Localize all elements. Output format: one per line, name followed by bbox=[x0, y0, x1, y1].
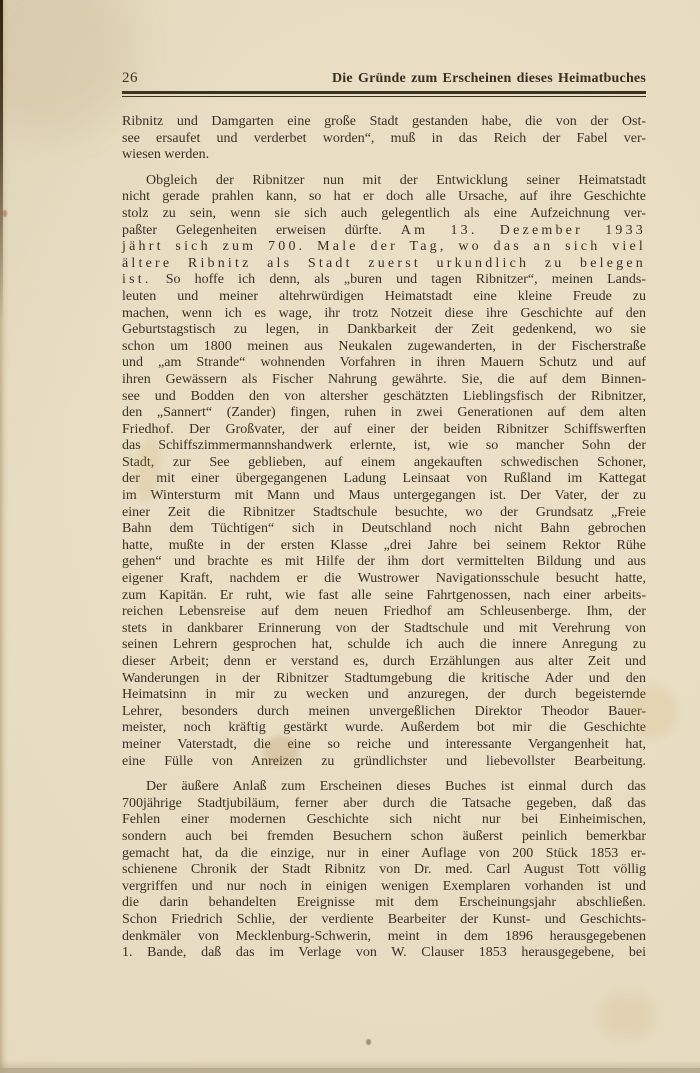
paragraph: Ribnitz und Damgarten eine große Stadt g… bbox=[122, 114, 646, 164]
text-segment: nicht gerade prahlen kann, so hat er doc… bbox=[122, 189, 646, 204]
text-line: schienene Chronik der Stadt Ribnitz von … bbox=[122, 862, 646, 879]
text-line: ist. So hoffe ich denn, als „buren und t… bbox=[122, 272, 646, 289]
text-line: dieser Arbeit; denn er verstand es, durc… bbox=[122, 654, 646, 671]
text-segment: vergriffen und nur noch in einigen wenig… bbox=[122, 879, 646, 894]
text-segment: ihren Gewässern als Fischer Nahrung gewä… bbox=[122, 372, 646, 387]
text-segment: Stadt, zur See geblieben, auf einem ange… bbox=[122, 455, 646, 470]
text-line: stets in dankbarer Erinnerung von der St… bbox=[122, 621, 646, 638]
text-line: das Schiffszimmermannshandwerk erlernte,… bbox=[122, 438, 646, 455]
paragraph: Der äußere Anlaß zum Erscheinen dieses B… bbox=[122, 779, 646, 962]
text-segment: im Wintersturm mit Mann und Maus unterge… bbox=[122, 488, 646, 503]
text-line: seinen Lehrern gesprochen hat, schulde i… bbox=[122, 637, 646, 654]
text-line: Ribnitz und Damgarten eine große Stadt g… bbox=[122, 114, 646, 131]
text-segment: stets in dankbarer Erinnerung von der St… bbox=[122, 621, 646, 636]
text-line: gehen“ und brachte es mit Hilfe der ihm … bbox=[122, 554, 646, 571]
text-line: Stadt, zur See geblieben, auf einem ange… bbox=[122, 455, 646, 472]
text-line: Heimatsinn in mir zu wecken und anzurege… bbox=[122, 687, 646, 704]
text-segment: 700jährige Stadtjubiläum, ferner aber du… bbox=[122, 796, 646, 811]
corner-discoloration bbox=[0, 0, 136, 136]
text-line: meiner Vaterstadt, die eine so reiche un… bbox=[122, 737, 646, 754]
text-line: see ersaufet und verderbet worden“, muß … bbox=[122, 131, 646, 148]
letterspaced-text: ältere Ribnitz als Stadt zuerst urkundli… bbox=[122, 256, 646, 271]
text-line: reichen Lebensreise auf dem neuen Friedh… bbox=[122, 604, 646, 621]
text-segment: So hoffe ich denn, als „buren und tagen … bbox=[152, 272, 646, 287]
text-segment: eigener Kraft, nachdem er die Wustrower … bbox=[122, 571, 646, 586]
text-segment: Der äußere Anlaß zum Erscheinen dieses B… bbox=[146, 779, 646, 794]
letterspaced-text: jährt sich zum 700. Male der Tag, wo das… bbox=[122, 239, 646, 254]
text-segment: Schon Friedrich Schlie, der verdiente Be… bbox=[122, 912, 646, 927]
text-segment: Wanderungen in der Ribnitzer Stadtumgebu… bbox=[122, 671, 646, 686]
text-line: denkmäler von Mecklenburg-Schwerin, mein… bbox=[122, 929, 646, 946]
text-line: im Wintersturm mit Mann und Maus unterge… bbox=[122, 488, 646, 505]
text-line: see und Bodden den von altersher geschät… bbox=[122, 389, 646, 406]
text-segment: und „am Strande“ wohnenden Vorfahren in … bbox=[122, 355, 646, 370]
text-segment: stolz zu sein, wenn sie sich auch gelege… bbox=[122, 206, 646, 221]
text-line: Bahn dem Tüchtigen“ sich in Deutschland … bbox=[122, 521, 646, 538]
text-segment: die darin behandelten Ereignisse mit dem… bbox=[122, 895, 646, 910]
foxing-speck bbox=[366, 1039, 371, 1045]
text-line: Lehrer, besonders durch meinen unvergeßl… bbox=[122, 704, 646, 721]
running-title: Die Gründe zum Erscheinen dieses Heimatb… bbox=[332, 71, 646, 87]
text-line: schon um 1800 meinen aus Neukalen zugewa… bbox=[122, 339, 646, 356]
text-line: den „Sannert“ (Zander) fingen, ruhen in … bbox=[122, 405, 646, 422]
text-segment: schienene Chronik der Stadt Ribnitz von … bbox=[122, 862, 646, 877]
text-segment: gehen“ und brachte es mit Hilfe der ihm … bbox=[122, 554, 646, 569]
letterspaced-text: Am 13. Dezember 1933 bbox=[401, 223, 646, 238]
text-segment: see ersaufet und verderbet worden“, muß … bbox=[122, 131, 646, 146]
text-segment: see und Bodden den von altersher geschät… bbox=[122, 389, 646, 404]
header-rule bbox=[122, 91, 646, 97]
text-segment: paßter Gelegenheiten erweisen dürfte. bbox=[122, 223, 401, 238]
page-number: 26 bbox=[122, 70, 138, 87]
text-segment: dieser Arbeit; denn er verstand es, durc… bbox=[122, 654, 646, 669]
text-line: stolz zu sein, wenn sie sich auch gelege… bbox=[122, 206, 646, 223]
text-line: jährt sich zum 700. Male der Tag, wo das… bbox=[122, 239, 646, 256]
text-line: 1. Bande, daß das im Verlage von W. Clau… bbox=[122, 945, 646, 962]
text-line: Wanderungen in der Ribnitzer Stadtumgebu… bbox=[122, 671, 646, 688]
text-segment: Bahn dem Tüchtigen“ sich in Deutschland … bbox=[122, 521, 646, 536]
text-segment: meiner Vaterstadt, die eine so reiche un… bbox=[122, 737, 646, 752]
text-segment: Obgleich der Ribnitzer nun mit der Entwi… bbox=[146, 173, 646, 188]
text-segment: einer Zeit die Ribnitzer Stadtschule bes… bbox=[122, 505, 646, 520]
text-line: wiesen werden. bbox=[122, 147, 646, 164]
header-rule-thick bbox=[122, 91, 646, 94]
text-line: ältere Ribnitz als Stadt zuerst urkundli… bbox=[122, 256, 646, 273]
scanned-book-page: 26 Die Gründe zum Erscheinen dieses Heim… bbox=[0, 0, 700, 1073]
text-segment: seinen Lehrern gesprochen hat, schulde i… bbox=[122, 637, 646, 652]
text-line: einer Zeit die Ribnitzer Stadtschule bes… bbox=[122, 505, 646, 522]
page-bottom-edge bbox=[0, 1068, 700, 1073]
header-rule-thin bbox=[122, 96, 646, 97]
text-segment: das Schiffszimmermannshandwerk erlernte,… bbox=[122, 438, 646, 453]
text-segment: sondern auch bei fremden Besuchern schon… bbox=[122, 829, 646, 844]
text-line: leuten und meiner altehrwürdigen Heimats… bbox=[122, 289, 646, 306]
text-line: 700jährige Stadtjubiläum, ferner aber du… bbox=[122, 796, 646, 813]
text-segment: leuten und meiner altehrwürdigen Heimats… bbox=[122, 289, 646, 304]
text-segment: machen, wenn ich es wage, ihr trotz Notz… bbox=[122, 306, 646, 321]
text-segment: Friedhof. Der Großvater, der auf einer d… bbox=[122, 422, 646, 437]
text-segment: Heimatsinn in mir zu wecken und anzurege… bbox=[122, 687, 646, 702]
text-segment: reichen Lebensreise auf dem neuen Friedh… bbox=[122, 604, 646, 619]
text-line: meister, noch kräftig gestärkt wurde. Au… bbox=[122, 720, 646, 737]
text-line: Schon Friedrich Schlie, der verdiente Be… bbox=[122, 912, 646, 929]
text-line: zum Kapitän. Er ruht, wie fast alle sein… bbox=[122, 588, 646, 605]
text-line: paßter Gelegenheiten erweisen dürfte. Am… bbox=[122, 223, 646, 240]
text-segment: gemacht hat, da die einzige, nur in eine… bbox=[122, 846, 646, 861]
text-segment: der mit einer übergegangenen Ladung Lein… bbox=[122, 471, 646, 486]
text-segment: zum Kapitän. Er ruht, wie fast alle sein… bbox=[122, 588, 646, 603]
text-line: der mit einer übergegangenen Ladung Lein… bbox=[122, 471, 646, 488]
text-segment: wiesen werden. bbox=[122, 147, 209, 162]
text-line: nicht gerade prahlen kann, so hat er doc… bbox=[122, 189, 646, 206]
text-segment: Lehrer, besonders durch meinen unvergeßl… bbox=[122, 704, 646, 719]
text-line: hatte, mußte in der ersten Klasse „drei … bbox=[122, 538, 646, 555]
text-line: Fehlen einer modernen Geschichte sich ni… bbox=[122, 812, 646, 829]
text-line: eine Fülle von Anreizen zu gründlichster… bbox=[122, 754, 646, 771]
text-segment: Geburtstagstisch zu legen, in Dankbarkei… bbox=[122, 322, 646, 337]
text-segment: 1. Bande, daß das im Verlage von W. Clau… bbox=[122, 945, 646, 960]
text-segment: denkmäler von Mecklenburg-Schwerin, mein… bbox=[122, 929, 646, 944]
text-segment: schon um 1800 meinen aus Neukalen zugewa… bbox=[122, 339, 646, 354]
text-line: und „am Strande“ wohnenden Vorfahren in … bbox=[122, 355, 646, 372]
binding-shadow bbox=[0, 0, 3, 320]
text-line: ihren Gewässern als Fischer Nahrung gewä… bbox=[122, 372, 646, 389]
text-segment: meister, noch kräftig gestärkt wurde. Au… bbox=[122, 720, 646, 735]
text-segment: hatte, mußte in der ersten Klasse „drei … bbox=[122, 538, 646, 553]
text-line: sondern auch bei fremden Besuchern schon… bbox=[122, 829, 646, 846]
text-line: eigener Kraft, nachdem er die Wustrower … bbox=[122, 571, 646, 588]
page-header: 26 Die Gründe zum Erscheinen dieses Heim… bbox=[122, 70, 646, 87]
paragraph: Obgleich der Ribnitzer nun mit der Entwi… bbox=[122, 173, 646, 770]
text-segment: Ribnitz und Damgarten eine große Stadt g… bbox=[122, 114, 646, 129]
text-line: die darin behandelten Ereignisse mit dem… bbox=[122, 895, 646, 912]
text-segment: eine Fülle von Anreizen zu gründlichster… bbox=[122, 754, 646, 769]
text-line: Obgleich der Ribnitzer nun mit der Entwi… bbox=[122, 173, 646, 190]
foxing-stain bbox=[598, 992, 656, 1040]
text-line: machen, wenn ich es wage, ihr trotz Notz… bbox=[122, 306, 646, 323]
letterspaced-text: ist. bbox=[122, 272, 152, 287]
text-segment: Fehlen einer modernen Geschichte sich ni… bbox=[122, 812, 646, 827]
text-block: Ribnitz und Damgarten eine große Stadt g… bbox=[122, 114, 646, 962]
text-line: Geburtstagstisch zu legen, in Dankbarkei… bbox=[122, 322, 646, 339]
text-line: vergriffen und nur noch in einigen wenig… bbox=[122, 879, 646, 896]
text-line: Der äußere Anlaß zum Erscheinen dieses B… bbox=[122, 779, 646, 796]
text-segment: den „Sannert“ (Zander) fingen, ruhen in … bbox=[122, 405, 646, 420]
text-line: gemacht hat, da die einzige, nur in eine… bbox=[122, 846, 646, 863]
text-line: Friedhof. Der Großvater, der auf einer d… bbox=[122, 422, 646, 439]
